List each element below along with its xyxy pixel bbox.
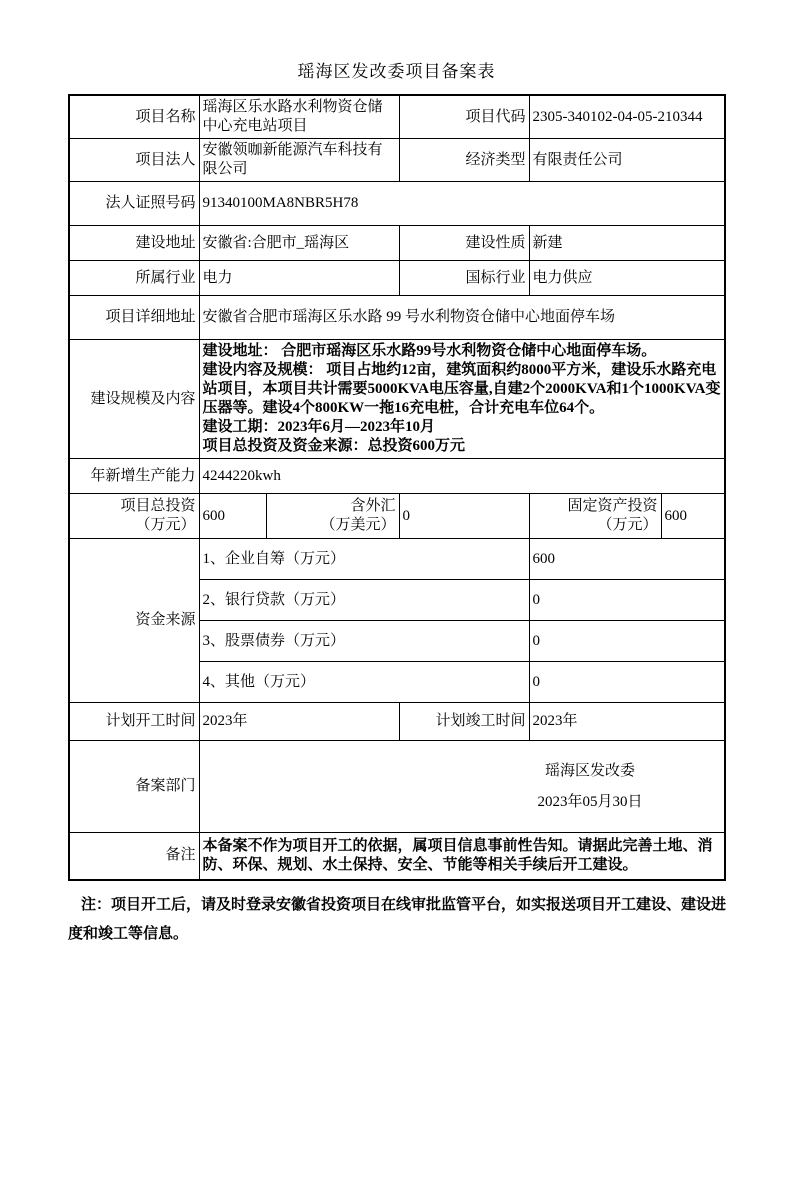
detail-address-value: 安徽省合肥市瑶海区乐水路 99 号水利物资仓储中心地面停车场 <box>199 296 725 340</box>
economic-type-label: 经济类型 <box>399 139 529 182</box>
funding-item-1-value: 600 <box>529 539 725 580</box>
legal-person-label: 项目法人 <box>69 139 199 182</box>
plan-start-value: 2023年 <box>199 703 399 741</box>
plan-start-label: 计划开工时间 <box>69 703 199 741</box>
funding-item-4-value: 0 <box>529 662 725 703</box>
fixed-asset-value: 600 <box>661 494 725 539</box>
row-legal-person: 项目法人 安徽领咖新能源汽车科技有限公司 经济类型 有限责任公司 <box>69 139 725 182</box>
forex-value: 0 <box>399 494 529 539</box>
gb-industry-value: 电力供应 <box>529 261 725 296</box>
build-nature-value: 新建 <box>529 226 725 261</box>
funding-item-3-value: 0 <box>529 621 725 662</box>
plan-finish-value: 2023年 <box>529 703 725 741</box>
filing-dept-date: 2023年05月30日 <box>485 793 695 812</box>
filing-dept-label: 备案部门 <box>69 741 199 833</box>
row-build-address: 建设地址 安徽省:合肥市_瑶海区 建设性质 新建 <box>69 226 725 261</box>
filing-dept-org: 瑶海区发改委 <box>485 762 695 781</box>
row-license-no: 法人证照号码 91340100MA8NBR5H78 <box>69 182 725 226</box>
funding-item-1-name: 1、企业自筹（万元） <box>199 539 529 580</box>
project-code-value: 2305-340102-04-05-210344 <box>529 95 725 139</box>
document-page: 瑶海区发改委项目备案表 项目名称 瑶海区乐水路水利物资仓储中心充电站项目 项目代… <box>0 58 793 949</box>
license-no-label: 法人证照号码 <box>69 182 199 226</box>
funding-item-3-name: 3、股票债券（万元） <box>199 621 529 662</box>
footnote: 注：项目开工后，请及时登录安徽省投资项目在线审批监管平台，如实报送项目开工建设、… <box>68 891 728 949</box>
row-scale-content: 建设规模及内容 建设地址： 合肥市瑶海区乐水路99号水利物资仓储中心地面停车场。… <box>69 340 725 459</box>
row-funding-1: 资金来源 1、企业自筹（万元） 600 <box>69 539 725 580</box>
row-capacity: 年新增生产能力 4244220kwh <box>69 459 725 494</box>
remark-label: 备注 <box>69 833 199 880</box>
capacity-label: 年新增生产能力 <box>69 459 199 494</box>
scale-content-label: 建设规模及内容 <box>69 340 199 459</box>
scale-line-address: 建设地址： 合肥市瑶海区乐水路99号水利物资仓储中心地面停车场。 <box>203 342 722 361</box>
capacity-value: 4244220kwh <box>199 459 725 494</box>
scale-line-period: 建设工期：2023年6月—2023年10月 <box>203 418 722 437</box>
row-plan-time: 计划开工时间 2023年 计划竣工时间 2023年 <box>69 703 725 741</box>
scale-content-value: 建设地址： 合肥市瑶海区乐水路99号水利物资仓储中心地面停车场。 建设内容及规模… <box>199 340 725 459</box>
row-industry: 所属行业 电力 国标行业 电力供应 <box>69 261 725 296</box>
page-title: 瑶海区发改委项目备案表 <box>0 58 793 86</box>
funding-item-4-name: 4、其他（万元） <box>199 662 529 703</box>
project-name-label: 项目名称 <box>69 95 199 139</box>
license-no-value: 91340100MA8NBR5H78 <box>199 182 725 226</box>
build-address-label: 建设地址 <box>69 226 199 261</box>
build-nature-label: 建设性质 <box>399 226 529 261</box>
plan-finish-label: 计划竣工时间 <box>399 703 529 741</box>
row-filing-dept: 备案部门 瑶海区发改委 2023年05月30日 <box>69 741 725 833</box>
filing-dept-signature: 瑶海区发改委 2023年05月30日 <box>485 762 695 812</box>
legal-person-value: 安徽领咖新能源汽车科技有限公司 <box>199 139 399 182</box>
row-project-name: 项目名称 瑶海区乐水路水利物资仓储中心充电站项目 项目代码 2305-34010… <box>69 95 725 139</box>
row-detail-address: 项目详细地址 安徽省合肥市瑶海区乐水路 99 号水利物资仓储中心地面停车场 <box>69 296 725 340</box>
project-name-value: 瑶海区乐水路水利物资仓储中心充电站项目 <box>199 95 399 139</box>
remark-value: 本备案不作为项目开工的依据，属项目信息事前性告知。请据此完善土地、消防、环保、规… <box>199 833 725 880</box>
build-address-value: 安徽省:合肥市_瑶海区 <box>199 226 399 261</box>
filing-dept-cell: 瑶海区发改委 2023年05月30日 <box>199 741 725 833</box>
total-investment-label: 项目总投资 （万元） <box>69 494 199 539</box>
filing-table: 项目名称 瑶海区乐水路水利物资仓储中心充电站项目 项目代码 2305-34010… <box>68 94 726 881</box>
economic-type-value: 有限责任公司 <box>529 139 725 182</box>
row-remark: 备注 本备案不作为项目开工的依据，属项目信息事前性告知。请据此完善土地、消防、环… <box>69 833 725 880</box>
detail-address-label: 项目详细地址 <box>69 296 199 340</box>
funding-item-2-name: 2、银行贷款（万元） <box>199 580 529 621</box>
industry-label: 所属行业 <box>69 261 199 296</box>
funding-source-label: 资金来源 <box>69 539 199 703</box>
gb-industry-label: 国标行业 <box>399 261 529 296</box>
forex-label: 含外汇 （万美元） <box>266 494 399 539</box>
fixed-asset-label: 固定资产投资 （万元） <box>529 494 661 539</box>
industry-value: 电力 <box>199 261 399 296</box>
funding-item-2-value: 0 <box>529 580 725 621</box>
scale-line-content: 建设内容及规模： 项目占地约12亩，建筑面积约8000平方米，建设乐水路充电站项… <box>203 361 722 418</box>
project-code-label: 项目代码 <box>399 95 529 139</box>
total-investment-value: 600 <box>199 494 266 539</box>
scale-line-funding: 项目总投资及资金来源：总投资600万元 <box>203 437 722 456</box>
row-investment: 项目总投资 （万元） 600 含外汇 （万美元） 0 固定资产投资 （万元） 6… <box>69 494 725 539</box>
